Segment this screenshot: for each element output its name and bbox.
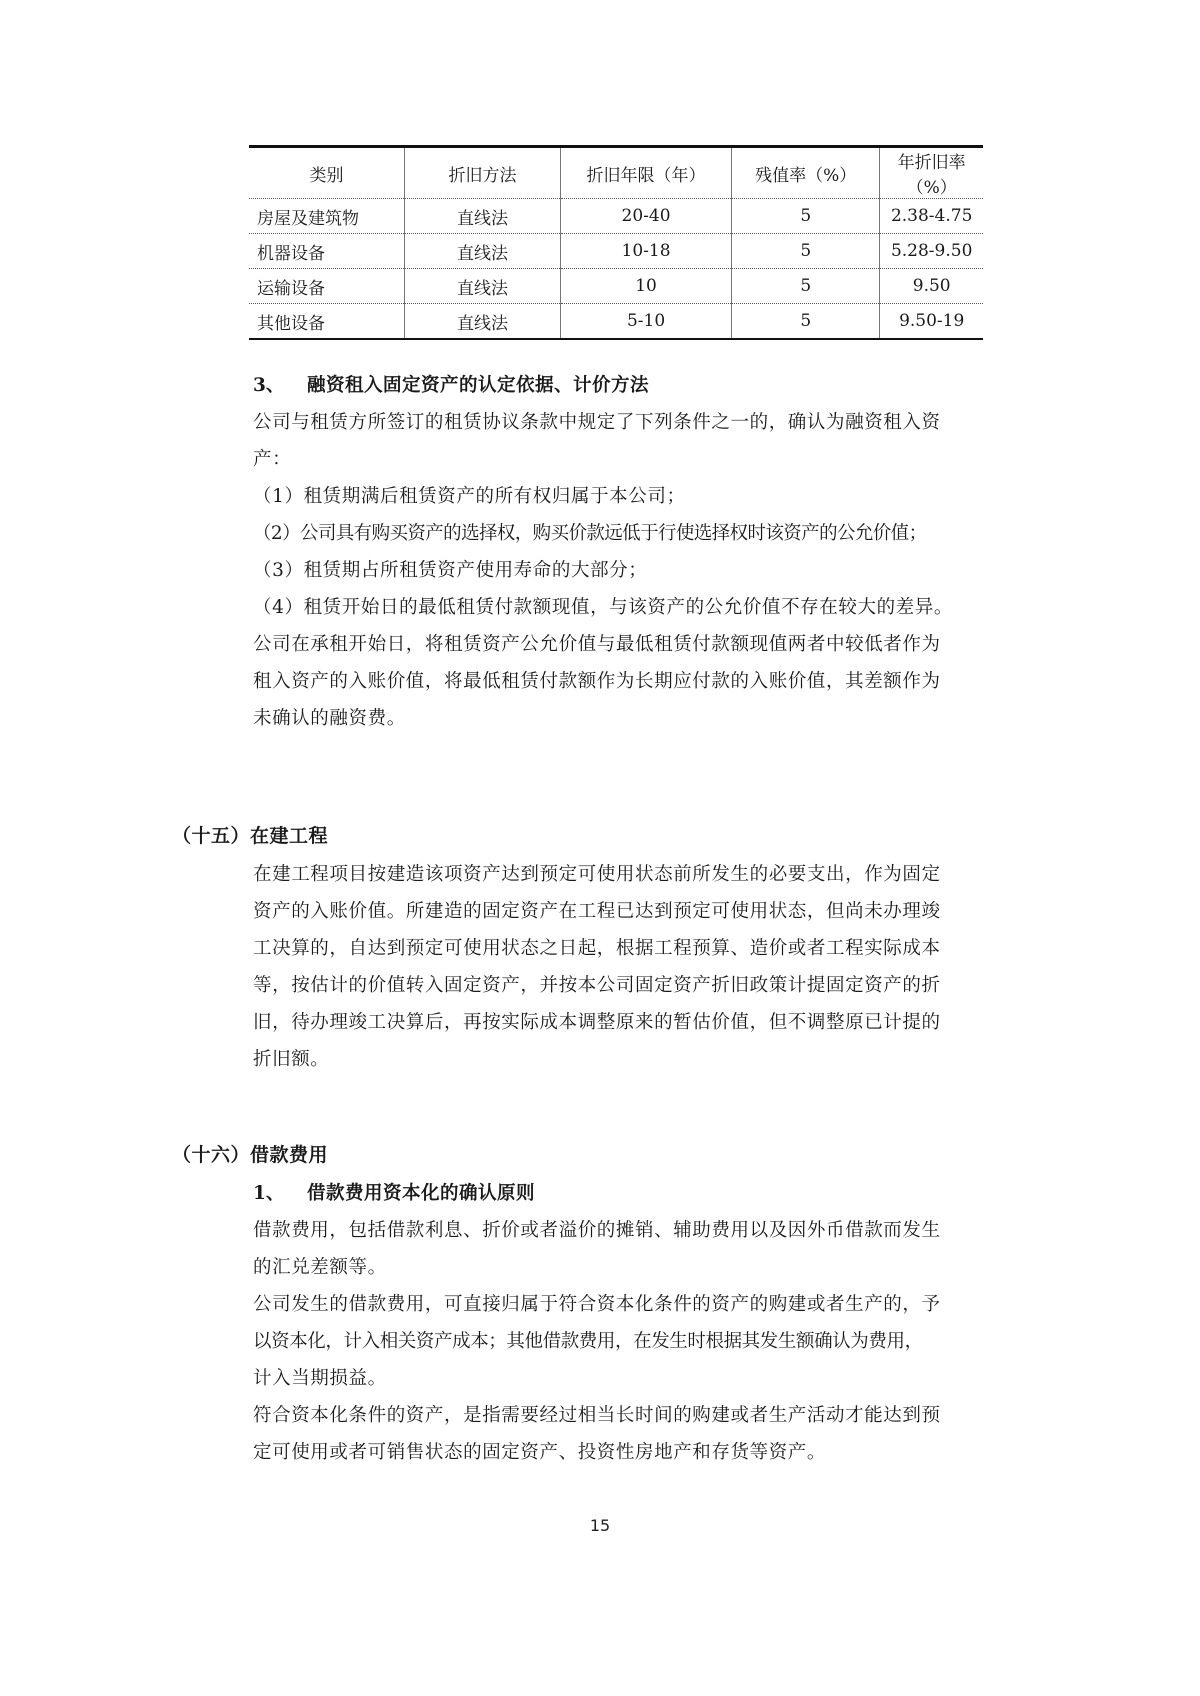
list-item: （4）租赁开始日的最低租赁付款额现值，与该资产的公允价值不存在较大的差异。 xyxy=(253,589,988,626)
section-15-title: （十五）在建工程 xyxy=(172,818,328,855)
table-row: 机器设备 直线法 10-18 5 5.28-9.50 xyxy=(249,234,983,269)
paragraph-line: 租入资产的入账价值，将最低租赁付款额作为长期应付款的入账价值，其差额作为 xyxy=(253,663,988,700)
table-cell: 2.38-4.75 xyxy=(880,199,983,234)
table-header-cell: 折旧年限（年） xyxy=(560,147,731,199)
paragraph-line: 符合资本化条件的资产，是指需要经过相当长时间的购建或者生产活动才能达到预 xyxy=(253,1397,988,1434)
paragraph-line: 工决算的，自达到预定可使用状态之日起，根据工程预算、造价或者工程实际成本 xyxy=(253,930,988,967)
paragraph-line: 以资本化，计入相关资产成本；其他借款费用，在发生时根据其发生额确认为费用， xyxy=(253,1323,988,1360)
section-16-sub-title: 借款费用资本化的确认原则 xyxy=(307,1175,535,1212)
table-row: 其他设备 直线法 5-10 5 9.50-19 xyxy=(249,304,983,340)
table-cell: 5-10 xyxy=(560,304,731,340)
table-cell: 5.28-9.50 xyxy=(880,234,983,269)
table-cell: 20-40 xyxy=(560,199,731,234)
table-cell: 5 xyxy=(732,234,880,269)
depreciation-table: 类别 折旧方法 折旧年限（年） 残值率（%） 年折旧率（%） 房屋及建筑物 直线… xyxy=(249,145,983,340)
table-header-cell: 年折旧率（%） xyxy=(880,147,983,199)
table-cell: 运输设备 xyxy=(249,269,405,304)
section-3-body: 公司与租赁方所签订的租赁协议条款中规定了下列条件之一的，确认为融资租入资 产： … xyxy=(253,404,988,737)
table-cell: 5 xyxy=(732,304,880,340)
paragraph-line: 借款费用，包括借款利息、折价或者溢价的摊销、辅助费用以及因外币借款而发生 xyxy=(253,1212,988,1249)
table-cell: 10 xyxy=(560,269,731,304)
list-item: （2）公司具有购买资产的选择权，购买价款远低于行使选择权时该资产的公允价值； xyxy=(253,515,988,552)
table-cell: 5 xyxy=(732,269,880,304)
table-cell: 9.50 xyxy=(880,269,983,304)
paragraph-line: 计入当期损益。 xyxy=(253,1360,988,1397)
section-16-title: （十六）借款费用 xyxy=(172,1137,328,1174)
table-header-cell: 类别 xyxy=(249,147,405,199)
paragraph-line: 在建工程项目按建造该项资产达到预定可使用状态前所发生的必要支出，作为固定 xyxy=(253,856,988,893)
paragraph-line: 等，按估计的价值转入固定资产，并按本公司固定资产折旧政策计提固定资产的折 xyxy=(253,967,988,1004)
paragraph-line: 定可使用或者可销售状态的固定资产、投资性房地产和存货等资产。 xyxy=(253,1434,988,1471)
document-page: 类别 折旧方法 折旧年限（年） 残值率（%） 年折旧率（%） 房屋及建筑物 直线… xyxy=(0,0,1200,1696)
table-cell: 9.50-19 xyxy=(880,304,983,340)
paragraph-line: 旧，待办理竣工决算后，再按实际成本调整原来的暂估价值，但不调整原已计提的 xyxy=(253,1004,988,1041)
table-cell: 直线法 xyxy=(405,234,561,269)
table-cell: 5 xyxy=(732,199,880,234)
page-number: 15 xyxy=(0,1516,1200,1535)
table-header-cell: 折旧方法 xyxy=(405,147,561,199)
table-row: 房屋及建筑物 直线法 20-40 5 2.38-4.75 xyxy=(249,199,983,234)
table-cell: 直线法 xyxy=(405,199,561,234)
table-header-cell: 残值率（%） xyxy=(732,147,880,199)
table-header-row: 类别 折旧方法 折旧年限（年） 残值率（%） 年折旧率（%） xyxy=(249,147,983,199)
table-cell: 10-18 xyxy=(560,234,731,269)
paragraph-line: 公司发生的借款费用，可直接归属于符合资本化条件的资产的购建或者生产的，予 xyxy=(253,1286,988,1323)
section-16-body: 借款费用，包括借款利息、折价或者溢价的摊销、辅助费用以及因外币借款而发生 的汇兑… xyxy=(253,1212,988,1471)
table-cell: 房屋及建筑物 xyxy=(249,199,405,234)
list-item: （3）租赁期占所租赁资产使用寿命的大部分； xyxy=(253,552,988,589)
list-item: （1）租赁期满后租赁资产的所有权归属于本公司； xyxy=(253,478,988,515)
table-cell: 其他设备 xyxy=(249,304,405,340)
paragraph-line: 公司与租赁方所签订的租赁协议条款中规定了下列条件之一的，确认为融资租入资 xyxy=(253,404,988,441)
paragraph-line: 公司在承租开始日，将租赁资产公允价值与最低租赁付款额现值两者中较低者作为 xyxy=(253,626,988,663)
table-cell: 直线法 xyxy=(405,269,561,304)
table-row: 运输设备 直线法 10 5 9.50 xyxy=(249,269,983,304)
paragraph-line: 折旧额。 xyxy=(253,1041,988,1078)
paragraph-line: 资产的入账价值。所建造的固定资产在工程已达到预定可使用状态，但尚未办理竣 xyxy=(253,893,988,930)
table-cell: 直线法 xyxy=(405,304,561,340)
section-15-body: 在建工程项目按建造该项资产达到预定可使用状态前所发生的必要支出，作为固定 资产的… xyxy=(253,856,988,1078)
paragraph-line: 的汇兑差额等。 xyxy=(253,1249,988,1286)
section-16-sub-number: 1、 xyxy=(253,1175,284,1212)
table-cell: 机器设备 xyxy=(249,234,405,269)
section-3-title: 融资租入固定资产的认定依据、计价方法 xyxy=(307,367,649,404)
section-3-number: 3、 xyxy=(253,367,284,404)
paragraph-line: 产： xyxy=(253,441,988,478)
paragraph-line: 未确认的融资费。 xyxy=(253,700,988,737)
